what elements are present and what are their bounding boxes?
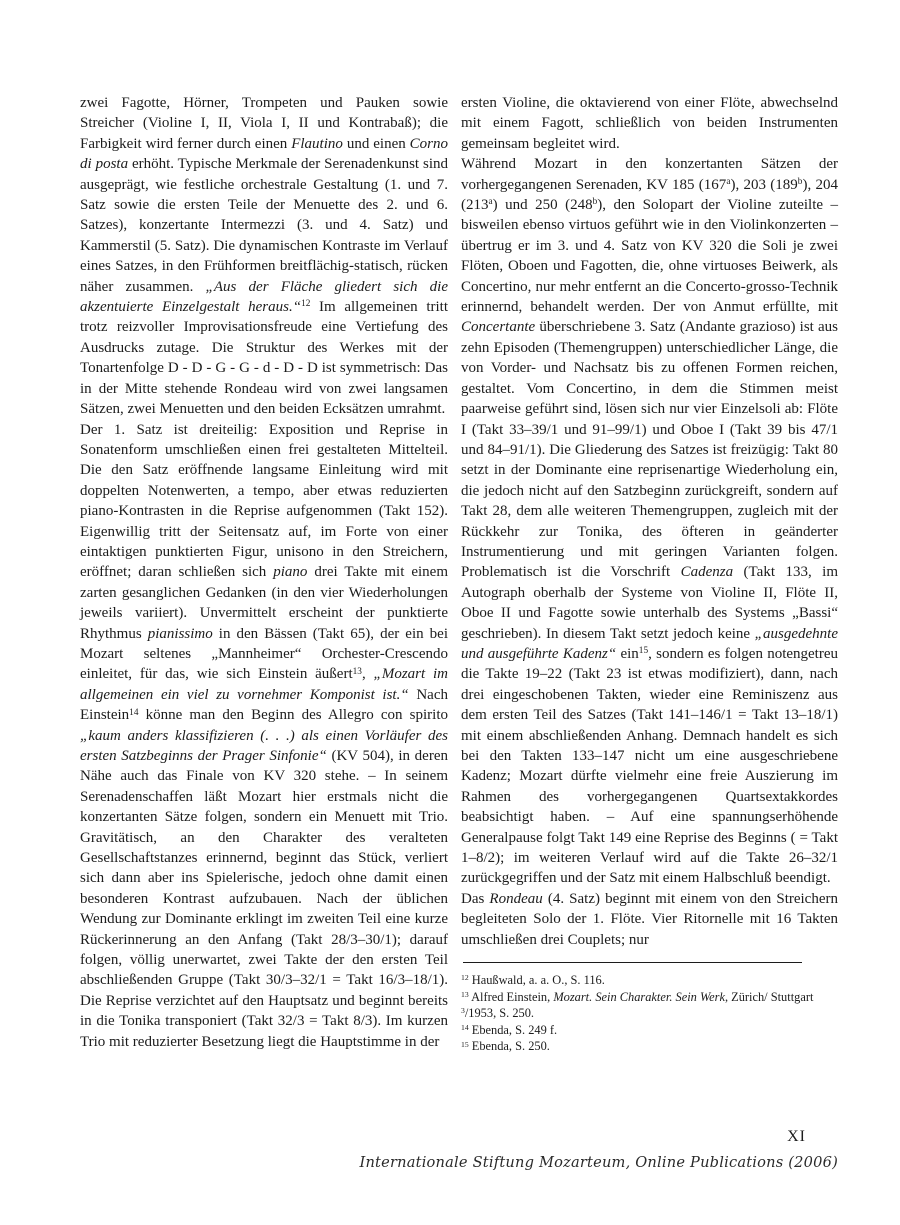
footnotes-list: 12 Haußwald, a. a. O., S. 116.13 Alfred … [461,972,838,1055]
paragraph: 14 Ebenda, S. 249 f. [461,1022,838,1039]
body-text-right: ersten Violine, die oktavierend von eine… [461,93,838,950]
document-page: zwei Fagotte, Hörner, Trompeten und Pauk… [0,0,900,1225]
paragraph: zwei Fagotte, Hörner, Trompeten und Pauk… [80,93,448,420]
text-column-left: zwei Fagotte, Hörner, Trompeten und Pauk… [80,93,448,1052]
footnote-separator [463,962,802,963]
paragraph: ersten Violine, die oktavierend von eine… [461,93,838,154]
paragraph: Das Rondeau (4. Satz) beginnt mit einem … [461,889,838,950]
paragraph: Der 1. Satz ist dreiteilig: Exposition u… [80,420,448,1053]
paragraph: 15 Ebenda, S. 250. [461,1038,838,1055]
paragraph: 12 Haußwald, a. a. O., S. 116. [461,972,838,989]
text-column-right: ersten Violine, die oktavierend von eine… [461,93,838,1055]
footnotes-block: 12 Haußwald, a. a. O., S. 116.13 Alfred … [461,962,838,1055]
page-number: XI [787,1128,806,1146]
paragraph: Während Mozart in den konzertanten Sätze… [461,154,838,889]
footer-credit: Internationale Stiftung Mozarteum, Onlin… [359,1154,838,1171]
paragraph: 13 Alfred Einstein, Mozart. Sein Charakt… [461,989,838,1022]
